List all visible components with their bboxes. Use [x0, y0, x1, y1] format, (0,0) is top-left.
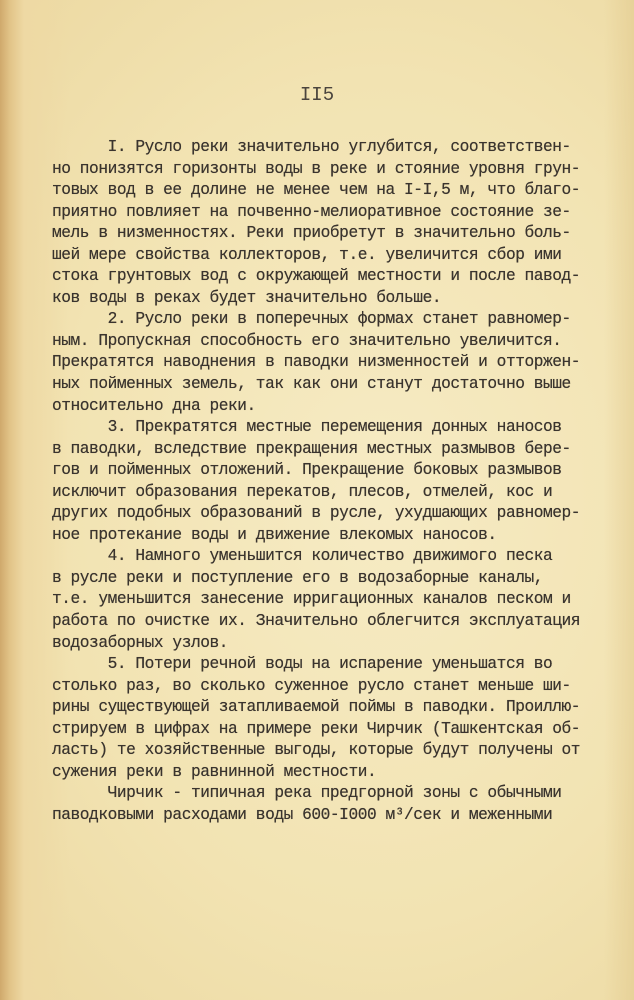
text-line: товых вод в ее долине не менее чем на I-… [52, 180, 612, 202]
text-line: гов и пойменных отложений. Прекращение б… [52, 460, 612, 482]
paragraph-1: I. Русло реки значительно углубится, соо… [52, 137, 612, 309]
text-line: 3. Прекратятся местные перемещения донны… [52, 417, 612, 439]
paragraph-5: 5. Потери речной воды на испарение умень… [52, 654, 612, 783]
text-line: других подобных образований в русле, уху… [52, 503, 612, 525]
text-line: в паводки, вследствие прекращения местны… [52, 439, 612, 461]
text-line: Прекратятся наводнения в паводки низменн… [52, 352, 612, 374]
text-line: мель в низменностях. Реки приобретут в з… [52, 223, 612, 245]
text-line: паводковыми расходами воды 600-I000 м³/с… [52, 805, 612, 827]
text-line: ное протекание воды и движение влекомых … [52, 525, 612, 547]
text-line: рины существующей затапливаемой поймы в … [52, 697, 612, 719]
text-line: Чирчик - типичная река предгорной зоны с… [52, 783, 612, 805]
text-line: т.е. уменьшится занесение ирригационных … [52, 589, 612, 611]
text-line: относительно дна реки. [52, 396, 612, 418]
text-line: ласть) те хозяйственные выгоды, которые … [52, 740, 612, 762]
text-line: стока грунтовых вод с окружающей местнос… [52, 266, 612, 288]
text-line: работа по очистке их. Значительно облегч… [52, 611, 612, 633]
text-line: водозаборных узлов. [52, 633, 612, 655]
paragraph-2: 2. Русло реки в поперечных формах станет… [52, 309, 612, 417]
paragraph-4: 4. Намного уменьшится количество движимо… [52, 546, 612, 654]
text-line: сужения реки в равнинной местности. [52, 762, 612, 784]
text-line: но понизятся горизонты воды в реке и сто… [52, 159, 612, 181]
text-line: 4. Намного уменьшится количество движимо… [52, 546, 612, 568]
text-line: I. Русло реки значительно углубится, соо… [52, 137, 612, 159]
text-line: ных пойменных земель, так как они станут… [52, 374, 612, 396]
text-line: исключит образования перекатов, плесов, … [52, 482, 612, 504]
text-line: шей мере свойства коллекторов, т.е. увел… [52, 245, 612, 267]
text-line: приятно повлияет на почвенно-мелиоративн… [52, 202, 612, 224]
paragraph-chirchik: Чирчик - типичная река предгорной зоны с… [52, 783, 612, 826]
text-line: в русле реки и поступление его в водозаб… [52, 568, 612, 590]
document-body: I. Русло реки значительно углубится, соо… [52, 137, 612, 827]
text-line: стрируем в цифрах на примере реки Чирчик… [52, 719, 612, 741]
text-line: ков воды в реках будет значительно больш… [52, 288, 612, 310]
text-line: столько раз, во сколько суженное русло с… [52, 676, 612, 698]
page-number: II5 [0, 84, 634, 106]
text-line: 5. Потери речной воды на испарение умень… [52, 654, 612, 676]
paragraph-3: 3. Прекратятся местные перемещения донны… [52, 417, 612, 546]
text-line: ным. Пропускная способность его значител… [52, 331, 612, 353]
text-line: 2. Русло реки в поперечных формах станет… [52, 309, 612, 331]
